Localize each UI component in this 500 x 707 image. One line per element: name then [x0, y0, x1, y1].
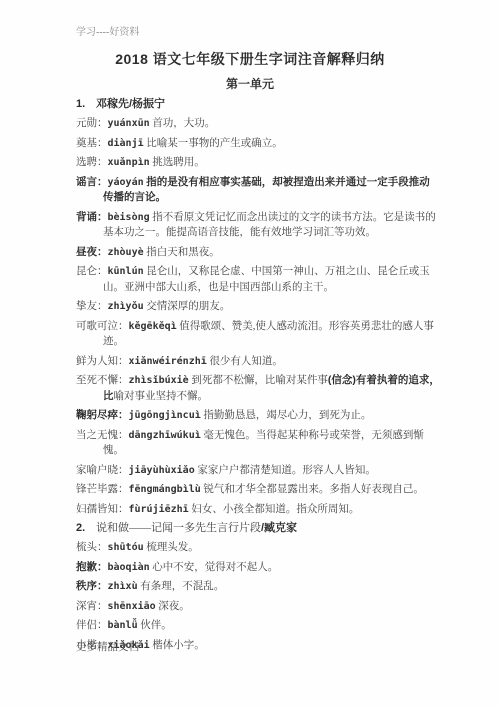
term-label: 谣言： [76, 176, 108, 188]
vocab-entry: 背诵：bèisòng 指不看原文凭记忆而念出读过的文字的读书方法。它是读书的基本… [76, 210, 440, 241]
pinyin-label: fùrújiēzhī [129, 504, 189, 515]
term-label: 深宵： [76, 601, 108, 612]
section-title-segment: /臧克家 [261, 522, 297, 534]
pinyin-label: kūnlún [108, 266, 144, 277]
term-label: 背诵： [76, 211, 108, 223]
term-label: 至死不懈： [76, 375, 129, 386]
definition-segment: 锐气和才华全都显露出来。多指人好表现自己。 [203, 484, 424, 495]
vocab-entry: 可歌可泣：kěgēkěqì 值得歌颂、赞美,使人感动流泪。形容英勇悲壮的感人事迹… [76, 319, 440, 350]
definition-segment: 家家户户都清楚知道。形容人人皆知。 [197, 465, 376, 476]
pinyin-label: bànlǚ [108, 620, 138, 631]
vocab-entry: 秩序：zhìxù 有条理，不混乱。 [76, 579, 440, 595]
term-label: 昆仑： [76, 266, 108, 277]
document-page: 学习----好资料 2018 语文七年级下册生字词注音解释归纳 第一单元 1.邓… [0, 0, 500, 707]
definition-segment: 妇女、小孩全都知道。指众所周知。 [191, 504, 359, 515]
vocab-entry: 昆仑：kūnlún 昆仑山，又称昆仑虚、中国第一神山、万祖之山、昆仑丘或玉山。亚… [76, 264, 440, 295]
section-heading: 2.说和做——记闻一多先生言行片段/臧克家 [76, 521, 440, 536]
pinyin-label: zhìsǐbúxiè [129, 375, 189, 386]
vocab-entry: 当之无愧：dāngzhīwúkuì 毫无愧色。当得起某种称号或荣誉，无须感到惭愧… [76, 428, 440, 459]
vocab-entry: 谣言：yáoyán 指的是没有相应事实基础，却被捏造出来并通过一定手段推动传播的… [76, 175, 440, 206]
section-1: 1.邓稼先/杨振宁元勋：yuánxūn 首功，大功。奠基：diànjī 比喻某一… [76, 97, 440, 517]
definition-segment: 很少有人知道。 [209, 356, 283, 367]
pinyin-label: zhòuyè [108, 247, 144, 258]
pinyin-label: xuǎnpìn [108, 157, 150, 168]
section-title-segment: 说和做——记闻一多先生言行片段 [96, 522, 261, 534]
pinyin-label: xiǎnwéirénzhī [129, 356, 207, 367]
pinyin-label: yuánxūn [108, 118, 150, 129]
term-label: 抱歉： [76, 561, 108, 573]
term-label: 妇孺皆知： [76, 504, 129, 515]
vocab-entry: 至死不懈：zhìsǐbúxiè 到死都不松懈，比喻对某件事(信念)有着执着的追求… [76, 373, 440, 404]
pinyin-label: bàoqiàn [108, 562, 150, 573]
term-label: 选聘： [76, 157, 108, 168]
footer-text: 更多精品文档 [76, 639, 139, 654]
vocab-entry: 伴侣：bànlǚ 伙伴。 [76, 618, 440, 634]
vocab-entry: 家喻户晓：jiāyùhùxiǎo 家家户户都清楚知道。形容人人皆知。 [76, 463, 440, 479]
term-label: 梳头： [76, 542, 108, 553]
definition-segment: 挑选聘用。 [152, 157, 205, 168]
vocab-entry: 妇孺皆知：fùrújiēzhī 妇女、小孩全都知道。指众所周知。 [76, 502, 440, 518]
pinyin-label: diànjī [108, 138, 144, 149]
definition-segment: 指白天和黑夜。 [146, 247, 220, 258]
definition-segment: 指的是没有相应事实基础，却被捏造出来并通过一定手段推动传播的言论。 [103, 176, 430, 204]
term-label: 秩序： [76, 580, 108, 592]
term-label: 当之无愧： [76, 430, 129, 441]
term-label: 昼夜： [76, 246, 108, 258]
term-label: 鞠躬尽瘁： [76, 409, 129, 421]
pinyin-label: shēnxiāo [108, 601, 156, 612]
section-title: 邓稼先/杨振宁 [96, 97, 165, 112]
vocab-entry: 奠基：diànjī 比喻某一事物的产生或确立。 [76, 136, 440, 152]
vocab-entry: 昼夜：zhòuyè 指白天和黑夜。 [76, 245, 440, 261]
term-label: 挚友： [76, 301, 108, 312]
definition-segment: 首功，大功。 [152, 118, 215, 129]
vocab-entry: 鲜为人知：xiǎnwéirénzhī 很少有人知道。 [76, 354, 440, 370]
pinyin-label: jūgōngjìncuì [129, 410, 201, 421]
pinyin-label: yáoyán [108, 177, 144, 188]
vocab-entry: 锋芒毕露：fēngmángbìlù 锐气和才华全都显露出来。多指人好表现自己。 [76, 482, 440, 498]
section-title: 说和做——记闻一多先生言行片段/臧克家 [96, 521, 297, 536]
pinyin-label: zhìyǒu [108, 301, 144, 312]
vocab-entry: 元勋：yuánxūn 首功，大功。 [76, 116, 440, 132]
pinyin-label: bèisòng [108, 212, 150, 223]
definition-segment: 指勤勤恳恳，竭尽心力，到死为止。 [203, 410, 371, 421]
term-label: 元勋： [76, 118, 108, 129]
vocab-entry: 鞠躬尽瘁：jūgōngjìncuì 指勤勤恳恳，竭尽心力，到死为止。 [76, 408, 440, 424]
definition-segment: 交情深厚的朋友。 [146, 301, 230, 312]
term-label: 可歌可泣： [76, 321, 129, 332]
pinyin-label: jiāyùhùxiǎo [129, 465, 195, 476]
definition-segment: 楷体小字。 [152, 640, 205, 651]
vocab-entry: 选聘：xuǎnpìn 挑选聘用。 [76, 155, 440, 171]
section-number: 1. [76, 97, 96, 112]
vocab-entry: 深宵：shēnxiāo 深夜。 [76, 599, 440, 615]
definition-segment: 伙伴。 [140, 620, 172, 631]
section-heading: 1.邓稼先/杨振宁 [76, 97, 440, 112]
pinyin-label: dāngzhīwúkuì [129, 430, 201, 441]
vocab-entry: 抱歉：bàoqiàn 心中不安，觉得对不起人。 [76, 560, 440, 576]
document-title: 2018 语文七年级下册生字词注音解释归纳 [0, 0, 500, 68]
definition-segment: 到死都不松懈，比喻对某件事 [191, 375, 328, 386]
definition-segment: 梳理头发。 [146, 542, 199, 553]
definition-segment: 有条理，不混乱。 [140, 581, 224, 592]
section-number: 2. [76, 521, 96, 536]
section-2: 2.说和做——记闻一多先生言行片段/臧克家梳头：shūtóu 梳理头发。抱歉：b… [76, 521, 440, 653]
watermark-text: 学习----好资料 [76, 23, 139, 38]
definition-segment: 心中不安，觉得对不起人。 [152, 562, 278, 573]
term-label: 家喻户晓： [76, 465, 129, 476]
term-label: 锋芒毕露： [76, 484, 129, 495]
term-label: 鲜为人知： [76, 356, 129, 367]
vocab-content: 1.邓稼先/杨振宁元勋：yuánxūn 首功，大功。奠基：diànjī 比喻某一… [0, 97, 500, 653]
term-label: 伴侣： [76, 620, 108, 631]
definition-segment: 指不看原文凭记忆而念出读过的文字的读书方法。它是读书的基本功之一。能提高语音技能… [103, 212, 436, 239]
section-title-segment: 邓稼先/杨振宁 [96, 98, 165, 110]
pinyin-label: fēngmángbìlù [129, 484, 201, 495]
pinyin-label: kěgēkěqì [129, 321, 177, 332]
definition-segment: 喻对事业坚持不懈。 [114, 391, 209, 402]
definition-segment: 深夜。 [158, 601, 190, 612]
definition-segment: 昆仑山，又称昆仑虚、中国第一神山、万祖之山、昆仑丘或玉山。亚洲中部大山系，也是中… [103, 266, 430, 293]
vocab-entry: 挚友：zhìyǒu 交情深厚的朋友。 [76, 299, 440, 315]
unit-heading: 第一单元 [0, 76, 500, 92]
pinyin-label: shūtóu [108, 542, 144, 553]
term-label: 奠基： [76, 138, 108, 149]
pinyin-label: zhìxù [108, 581, 138, 592]
vocab-entry: 梳头：shūtóu 梳理头发。 [76, 540, 440, 556]
definition-segment: 比喻某一事物的产生或确立。 [146, 138, 283, 149]
